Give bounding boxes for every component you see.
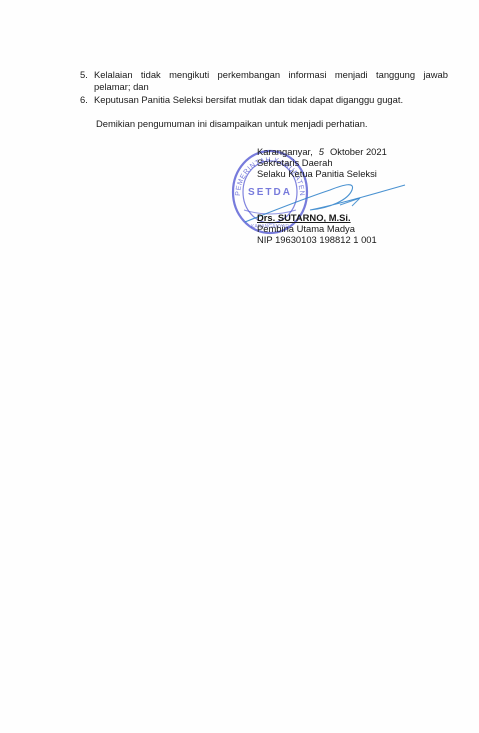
word: tidak bbox=[141, 69, 161, 80]
list-number-5: 5. bbox=[80, 69, 88, 80]
place: Karanganyar, bbox=[257, 146, 313, 157]
signatory-rank: Pembina Utama Madya bbox=[257, 223, 355, 234]
document-page: 5. Kelalaian tidak mengikuti perkembanga… bbox=[0, 0, 479, 733]
list-number-6: 6. bbox=[80, 94, 88, 105]
word: informasi bbox=[288, 69, 326, 80]
date-month-year: Oktober 2021 bbox=[330, 146, 387, 157]
signatory-name: Drs. SUTARNO, M.Si. bbox=[257, 212, 351, 223]
word: jawab bbox=[423, 69, 448, 80]
svg-text:SETDA: SETDA bbox=[248, 187, 292, 198]
word: Kelalaian bbox=[94, 69, 133, 80]
list-item-6-line1: Keputusan Panitia Seleksi bersifat mutla… bbox=[94, 94, 403, 105]
closing-statement: Demikian pengumuman ini disampaikan untu… bbox=[96, 118, 368, 129]
signatory-role: Selaku Ketua Panitia Seleksi bbox=[257, 168, 377, 179]
signature-place-date: Karanganyar,5Oktober 2021 bbox=[257, 146, 387, 157]
word: menjadi bbox=[335, 69, 368, 80]
list-item-5-line2: pelamar; dan bbox=[94, 81, 149, 92]
word: perkembangan bbox=[218, 69, 281, 80]
signatory-position: Sekretaris Daerah bbox=[257, 157, 333, 168]
word: tanggung bbox=[376, 69, 415, 80]
date-day: 5 bbox=[319, 146, 324, 157]
word: mengikuti bbox=[169, 69, 209, 80]
signatory-nip: NIP 19630103 198812 1 001 bbox=[257, 234, 377, 245]
list-item-5-line1: Kelalaian tidak mengikuti perkembangan i… bbox=[94, 69, 448, 80]
